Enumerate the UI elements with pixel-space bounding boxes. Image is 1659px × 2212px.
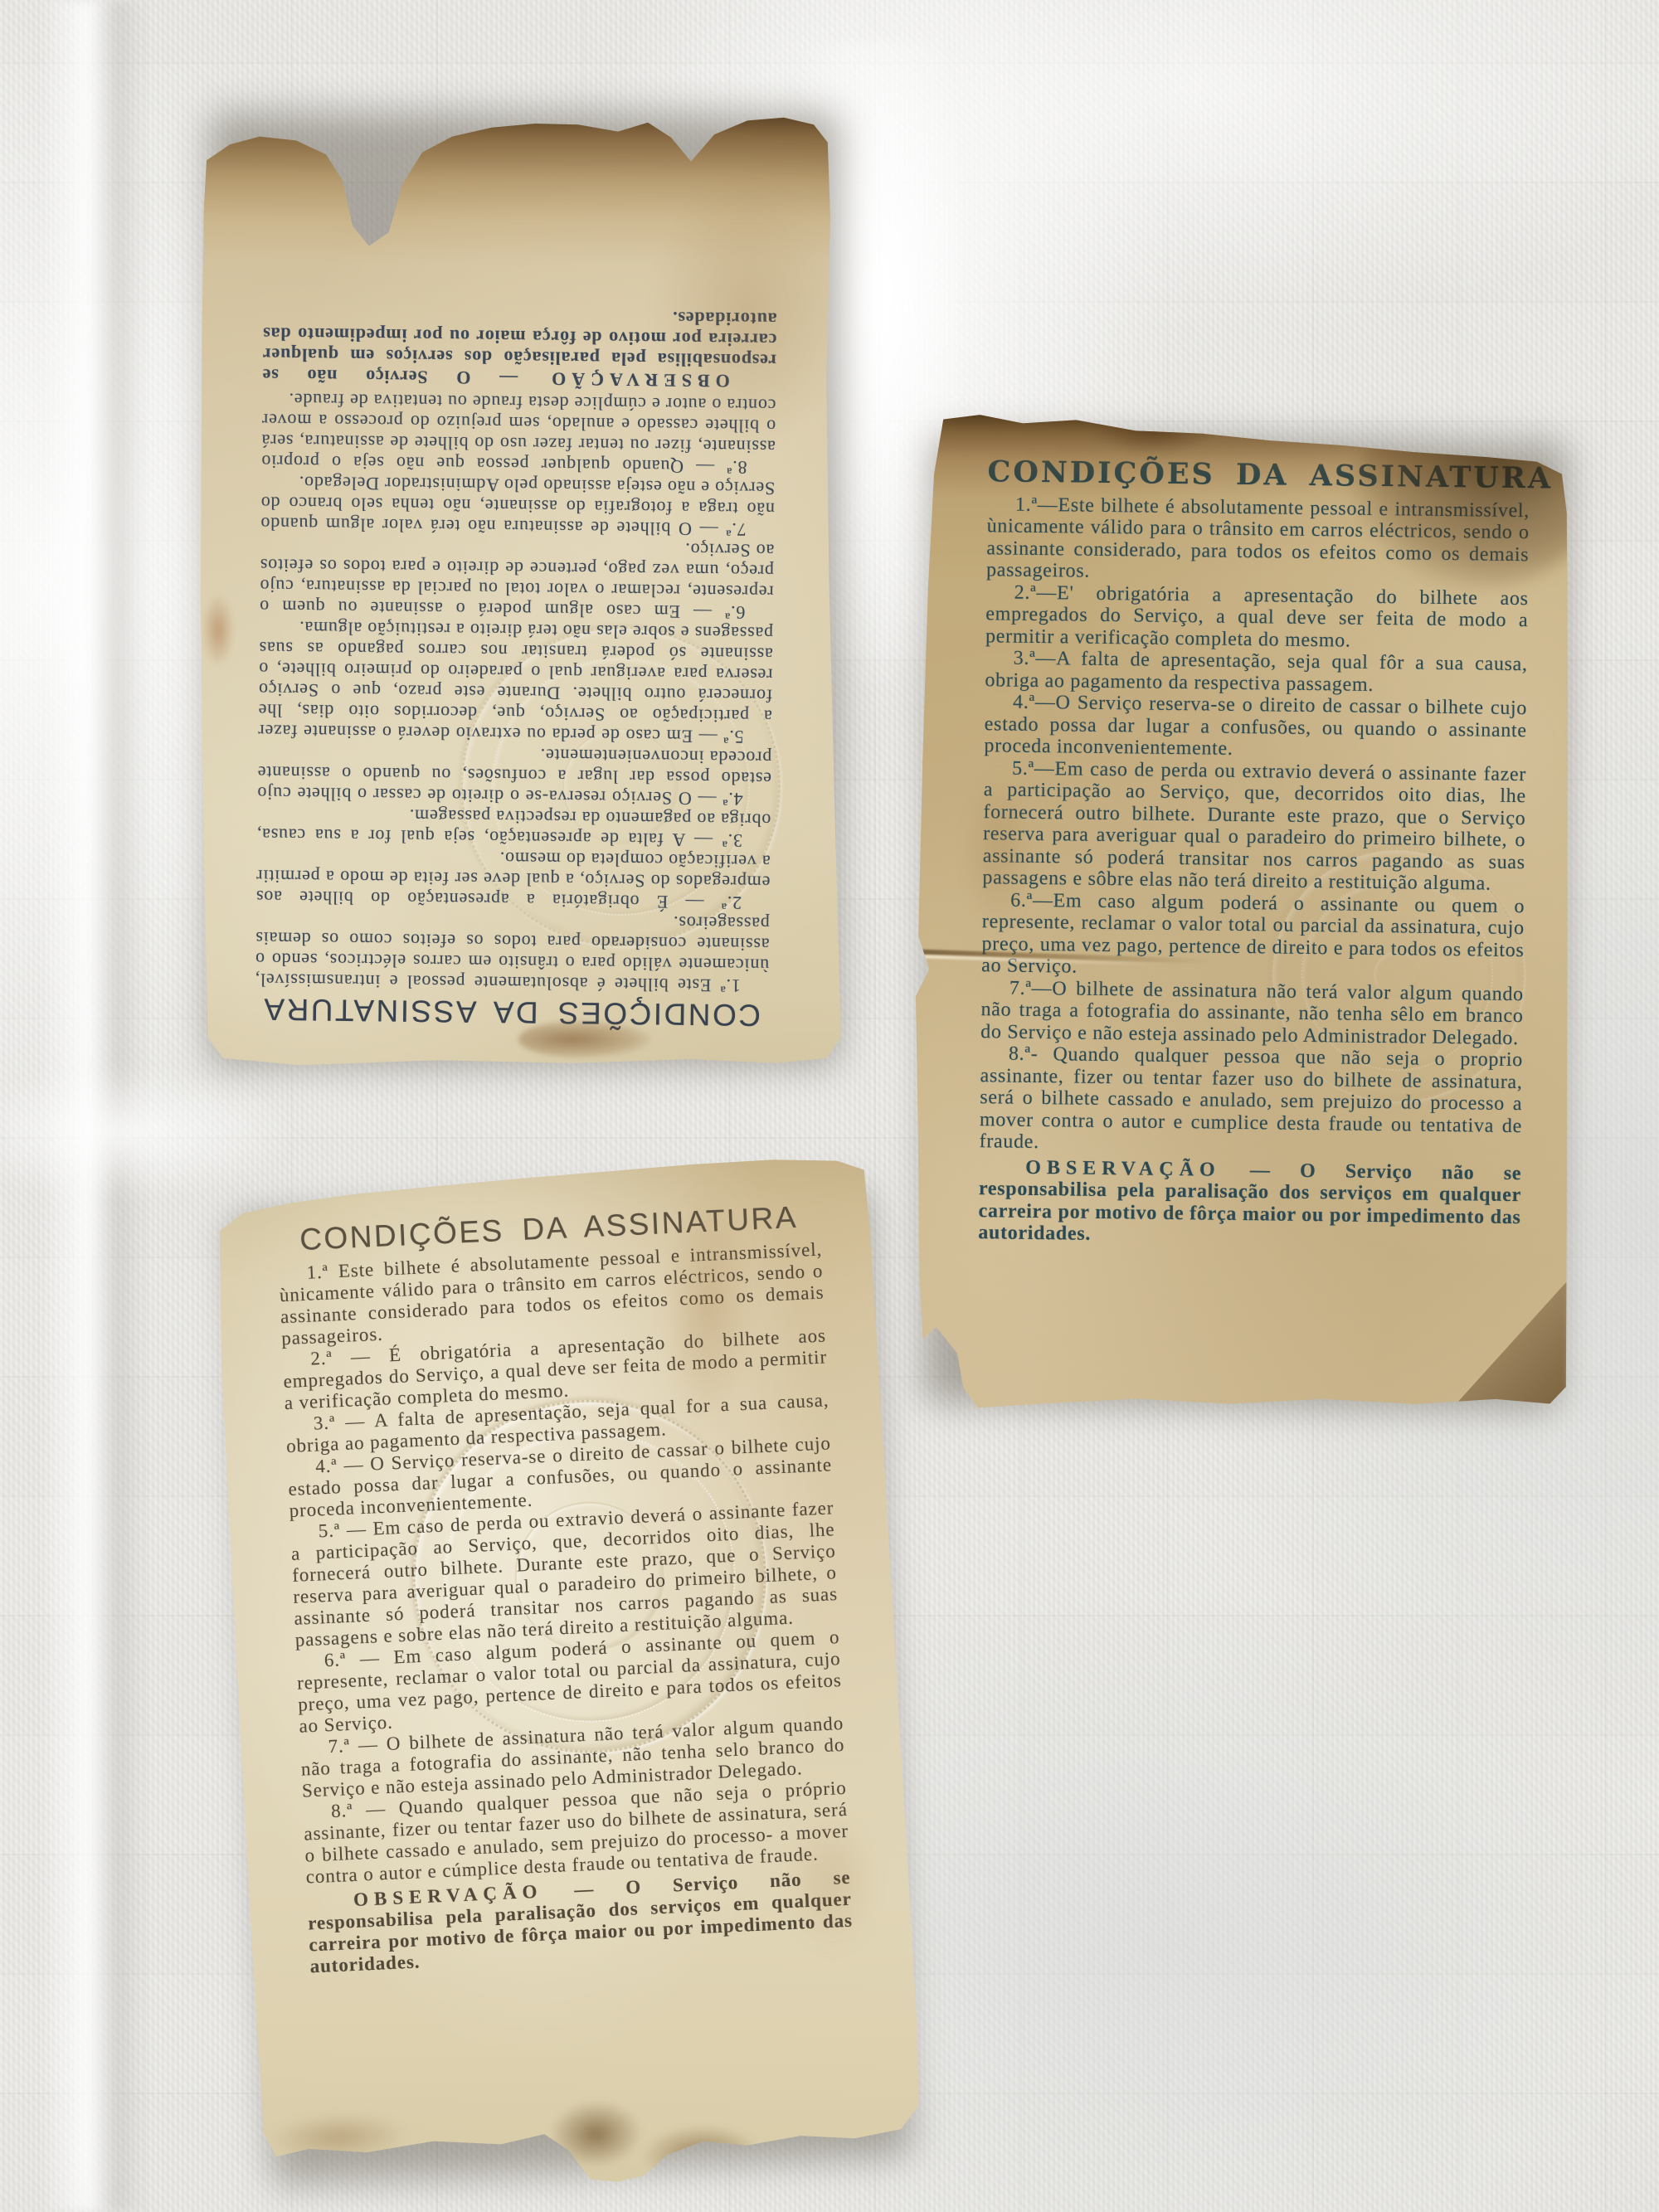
clause-7: 7.ª — O bilhete de assinatura não terá v…	[260, 472, 775, 541]
card-top-left: CONDIÇÕES DA ASSINATURA 1.ª Este bilhete…	[187, 79, 850, 1074]
fabric-sheen-lower-left	[0, 1066, 299, 1198]
stain	[651, 178, 842, 452]
card-title: CONDIÇÕES DA ASSINATURA	[254, 999, 768, 1026]
card-top-right: CONDIÇÕES DA ASSINATURA 1.ª—Este bilhete…	[905, 409, 1581, 1419]
stain	[202, 593, 235, 668]
clause-5: 5.ª — Em caso de perda ou extravio dever…	[257, 617, 773, 748]
photo-scene: CONDIÇÕES DA ASSINATURA 1.ª Este bilhete…	[0, 0, 1659, 2212]
clause-5: 5.ª — Em caso de perda ou extravio dever…	[289, 1497, 839, 1651]
observation: OBSERVAÇÃO — O Serviço não se responsabi…	[978, 1156, 1521, 1251]
card-text-block: CONDIÇÕES DA ASSINATURA 1.ª Este bilhete…	[276, 1206, 862, 2156]
card-bottom-left: CONDIÇÕES DA ASSINATURA 1.ª Este bilhete…	[208, 1150, 927, 2200]
fabric-fold-left	[40, 0, 148, 2212]
clause-6: 6.ª—Em caso algum poderá o assinante ou …	[981, 889, 1525, 984]
clause-7: 7.ª—O bilhete de assinatura não terá val…	[980, 977, 1524, 1049]
clause-8: 8.ª- Quando qualquer pessoa que não seja…	[979, 1043, 1523, 1159]
clause-1: 1.ª Este bilhete é absolutamente pessoal…	[255, 907, 770, 997]
clause-2: 2.ª — É obrigatória a apresentação do bi…	[255, 845, 771, 914]
clause-6: 6.ª — Em caso algum poderá o assinante o…	[259, 534, 774, 624]
clause-3: 3.ª—A falta de apresentação, seja qual f…	[985, 647, 1528, 698]
clause-3: 3.ª — A falta de apresentação, seja qual…	[256, 804, 771, 852]
clause-4: 4.ª — O Serviço reserva-se o direito de …	[257, 741, 772, 810]
card-text-block: CONDIÇÕES DA ASSINATURA 1.ª—Este bilhete…	[976, 461, 1530, 1385]
clause-2: 2.ª—E' obrigatória a apresentação do bil…	[985, 581, 1529, 654]
clause-5: 5.ª—Em caso de perda ou extravio deverá …	[982, 757, 1526, 896]
stain	[518, 1020, 651, 1058]
clause-4: 4.ª—O Serviço reserva-se o direito de ca…	[984, 691, 1527, 763]
